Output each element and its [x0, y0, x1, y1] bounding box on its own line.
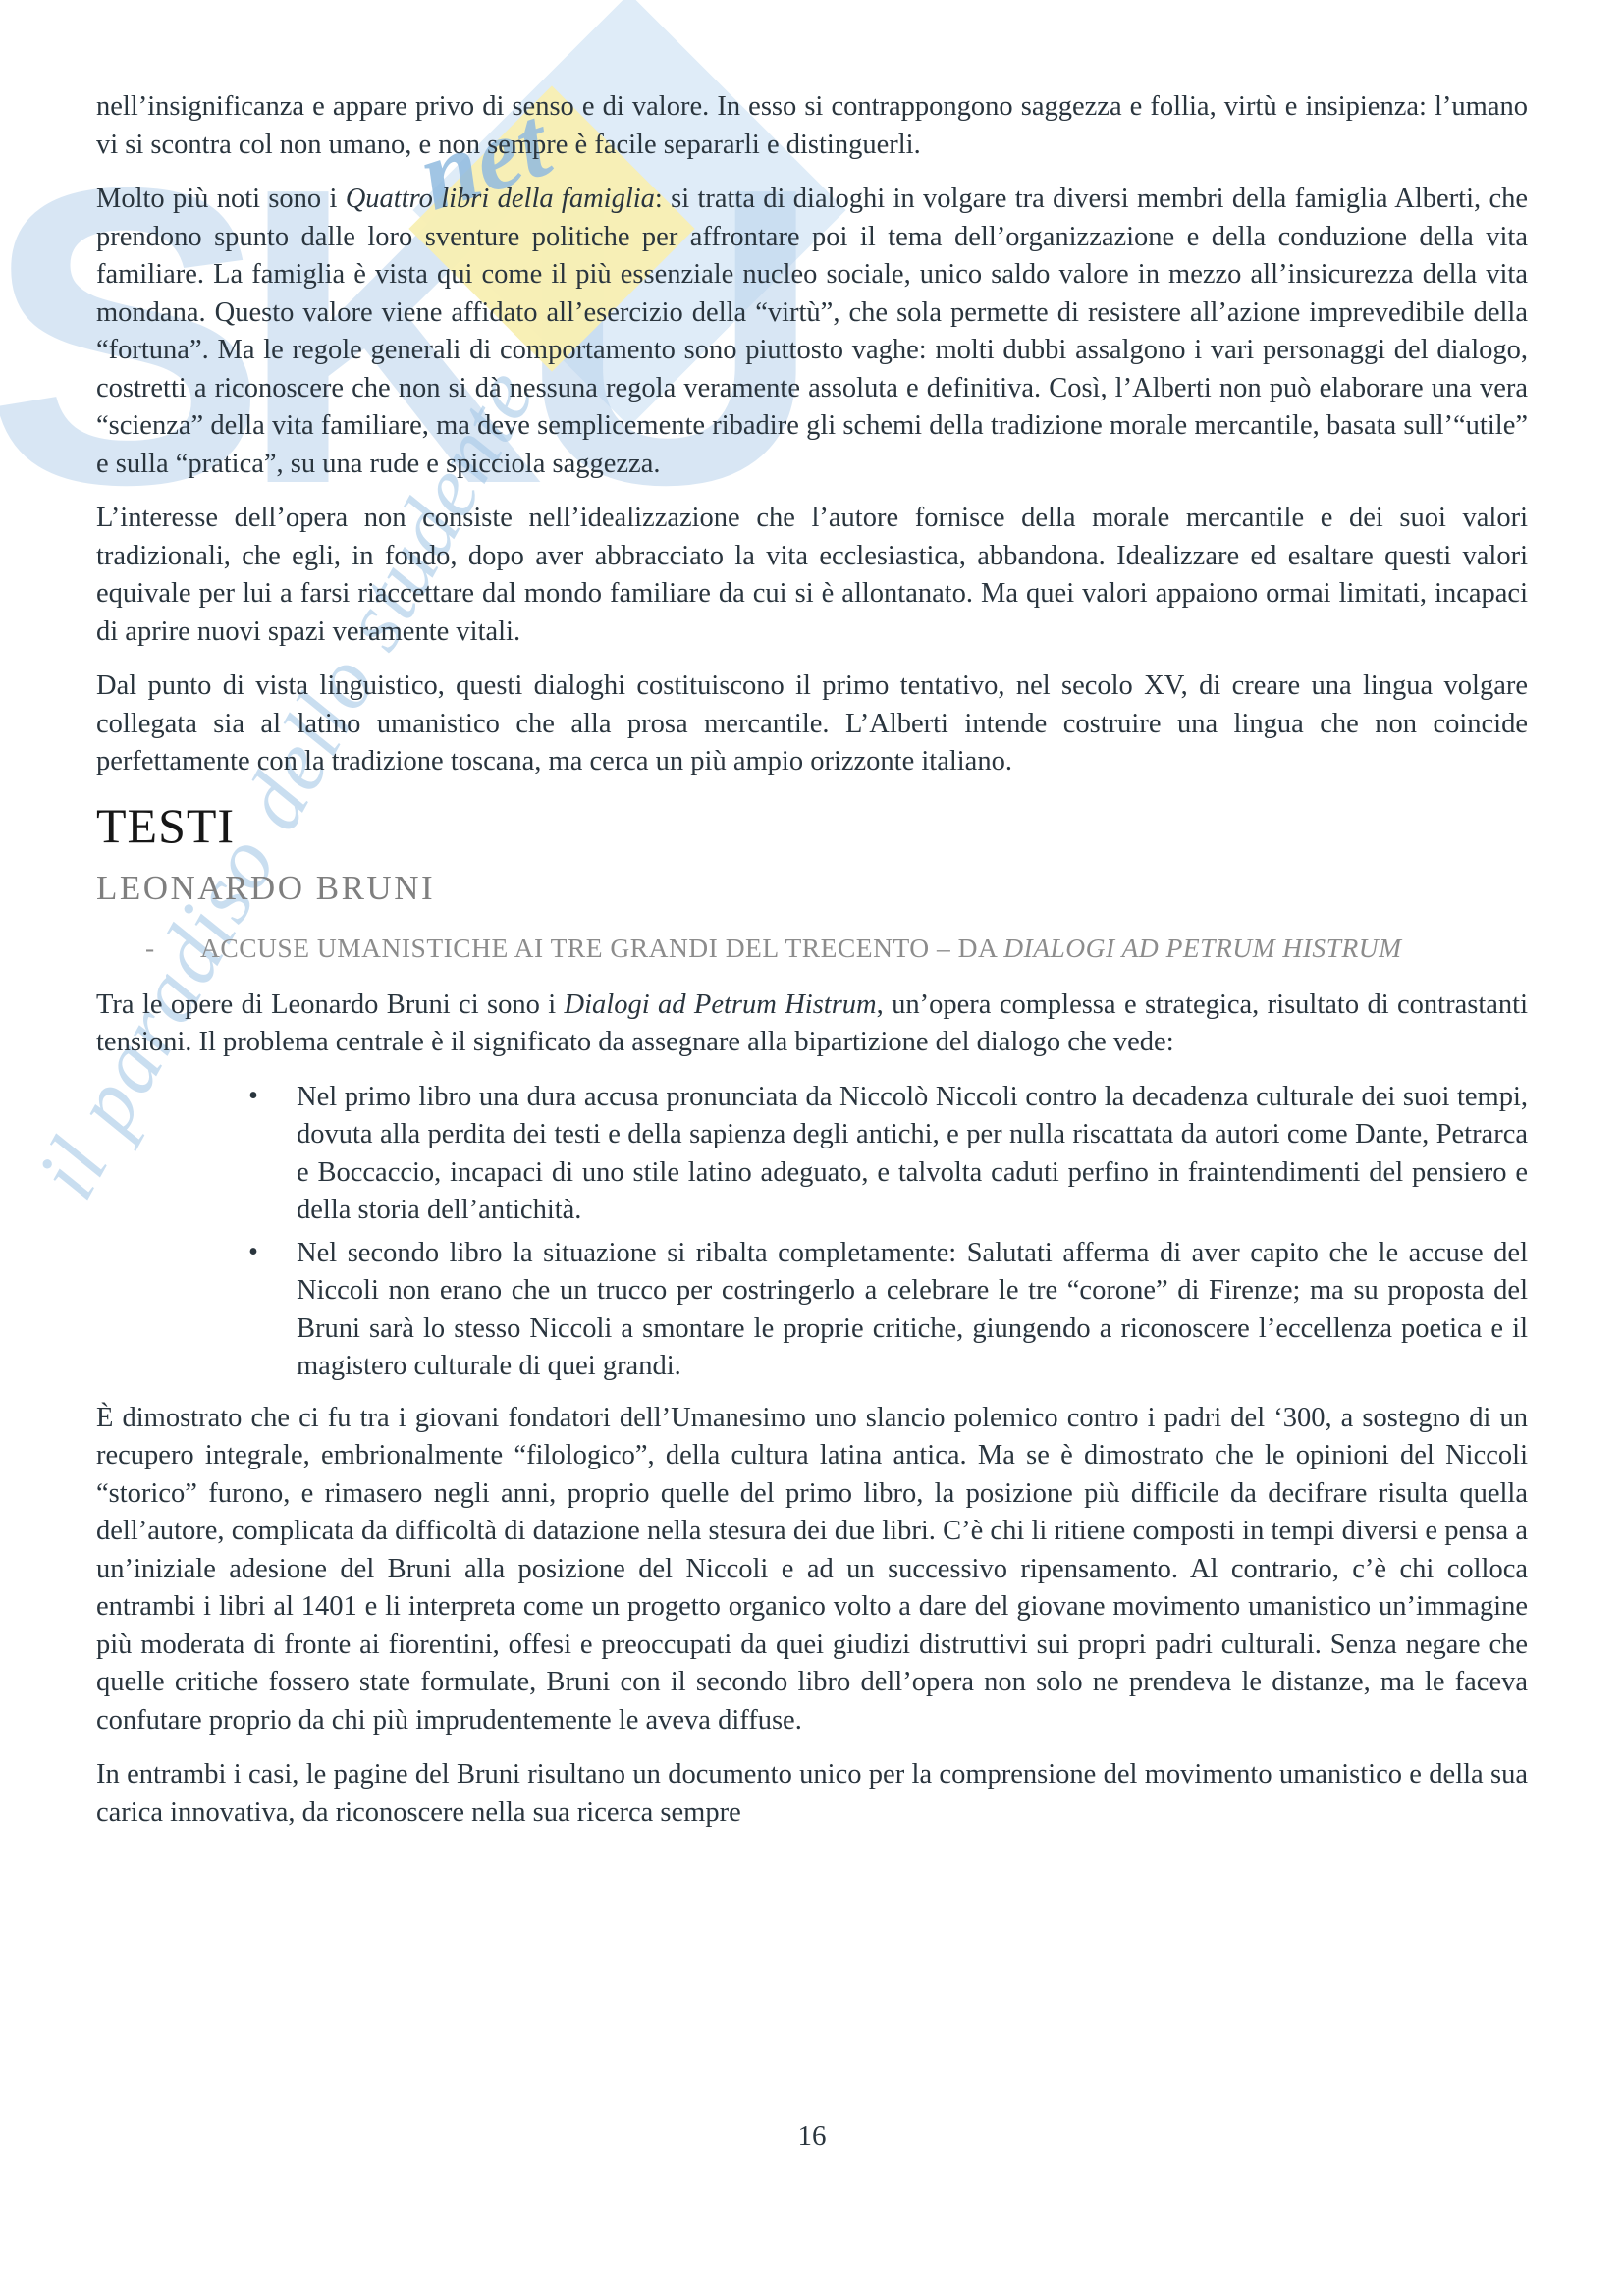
section-heading-testi: TESTI	[96, 798, 1528, 853]
paragraph-punto-linguistico: Dal punto di vista linguistico, questi d…	[96, 667, 1528, 781]
paragraph-text: Tra le opere di Leonardo Bruni ci sono i	[96, 989, 565, 1020]
dash-bullet: -	[145, 932, 200, 965]
paragraph-in-entrambi: In entrambi i casi, le pagine del Bruni …	[96, 1756, 1528, 1832]
paragraph-insignificanza: nell’insignificanza e appare privo di se…	[96, 88, 1528, 164]
topic-subheading-text: ACCUSE UMANISTICHE AI TRE GRANDI DEL TRE…	[200, 932, 1402, 965]
author-heading-leonardo-bruni: LEONARDO BRUNI	[96, 869, 1528, 908]
list-item: Nel secondo libro la situazione si ribal…	[297, 1235, 1528, 1386]
list-item: Nel primo libro una dura accusa pronunci…	[297, 1079, 1528, 1230]
paragraph-text: : si tratta di dialoghi in volgare tra d…	[96, 184, 1528, 479]
topic-subheading-plain: ACCUSE UMANISTICHE AI TRE GRANDI DEL TRE…	[200, 933, 1003, 963]
document-page: SKU net il paradiso dello studente nell’…	[0, 0, 1624, 2296]
bullet-list: Nel primo libro una dura accusa pronunci…	[96, 1079, 1528, 1386]
page-content: nell’insignificanza e appare privo di se…	[96, 88, 1528, 1848]
paragraph-dialogi-intro: Tra le opere di Leonardo Bruni ci sono i…	[96, 987, 1528, 1062]
work-title-italic: Quattro libri della famiglia	[346, 184, 655, 214]
page-number: 16	[0, 2120, 1624, 2153]
paragraph-quattro-libri: Molto più noti sono i Quattro libri dell…	[96, 181, 1528, 483]
work-title-italic: DIALOGI AD PETRUM HISTRUM	[1003, 933, 1401, 963]
paragraph-interesse-opera: L’interesse dell’opera non consiste nell…	[96, 500, 1528, 651]
work-title-italic: Dialogi ad Petrum Histrum	[565, 989, 877, 1020]
paragraph-text: Molto più noti sono i	[96, 184, 346, 214]
topic-subheading: - ACCUSE UMANISTICHE AI TRE GRANDI DEL T…	[145, 932, 1528, 965]
paragraph-e-dimostrato: È dimostrato che ci fu tra i giovani fon…	[96, 1400, 1528, 1740]
